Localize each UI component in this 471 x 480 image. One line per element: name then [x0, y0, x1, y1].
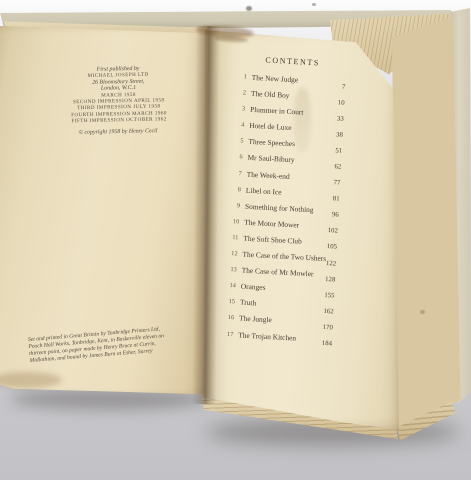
contents-entry-number: 8	[229, 185, 241, 193]
speck	[312, 3, 316, 6]
contents-entry-title: Mr Saul-Bibury	[247, 153, 294, 164]
contents-list: 1 The New Judge 7 2 The Old Boy 10 3 Plu…	[221, 72, 349, 351]
contents-entry-number: 2	[234, 89, 246, 97]
contents-entry-number: 11	[226, 234, 238, 242]
contents-entry-title: Three Speeches	[248, 137, 295, 148]
contents-entry-number: 7	[230, 169, 242, 177]
contents-entry-number: 4	[232, 121, 244, 129]
contents-entry-number: 3	[233, 105, 245, 113]
contents-block: CONTENTS 1 The New Judge 7 2 The Old Boy…	[221, 54, 350, 351]
contents-entry-page: 77	[333, 179, 340, 186]
contents-entry-title: Oranges	[241, 282, 266, 292]
contents-entry-title: The New Judge	[252, 73, 299, 84]
contents-entry-title: The Trojan Kitchen	[238, 330, 296, 342]
contents-entry-title: Truth	[240, 298, 257, 308]
contents-entry-number: 12	[225, 250, 237, 258]
contents-entry-number: 1	[235, 73, 247, 81]
contents-entry-number: 17	[221, 330, 233, 338]
contents-entry-page: 96	[332, 211, 339, 218]
contents-entry-title: The Week-end	[247, 169, 290, 180]
contents-entry-number: 15	[223, 298, 235, 306]
contents-entry-page: 51	[335, 147, 342, 154]
contents-entry-title: Libel on Ice	[246, 185, 282, 196]
speck	[420, 310, 425, 314]
contents-entry-page: 105	[327, 243, 338, 251]
contents-entry-page: 162	[323, 308, 334, 316]
contents-entry-title: The Motor Mower	[244, 218, 299, 230]
contents-entry-page: 33	[337, 115, 344, 122]
contents-entry-title: Hotel de Luxe	[249, 121, 292, 132]
contents-entry-number: 13	[225, 266, 237, 274]
contents-entry-page: 81	[333, 195, 340, 202]
contents-entry-page: 102	[327, 227, 338, 235]
contents-entry-title: The Jungle	[239, 314, 272, 325]
contents-entry-number: 10	[227, 218, 239, 226]
book-photograph: { "photo": { "background_color": "#c8c8c…	[0, 0, 471, 480]
contents-entry-number: 9	[228, 202, 240, 210]
contents-entry-page: 7	[342, 83, 346, 90]
publication-info-block: First published by MICHAEL JOSEPH LTD 26…	[36, 65, 201, 126]
speck	[246, 6, 252, 11]
contents-entry-number: 16	[222, 314, 234, 322]
contents-entry-page: 122	[326, 260, 337, 268]
contents-entry-title: The Old Boy	[251, 89, 290, 100]
contents-entry-page: 38	[336, 131, 343, 138]
contents-entry-page: 155	[324, 292, 335, 300]
contents-entry-number: 5	[231, 137, 243, 145]
contents-entry-page: 170	[322, 324, 333, 332]
contents-entry-page: 62	[334, 163, 341, 170]
contents-entry-page: 184	[322, 340, 333, 348]
contents-entry-title: The Soft Shoe Club	[243, 234, 302, 246]
contents-entry-page: 128	[325, 276, 336, 284]
contents-entry-title: Plummer in Court	[250, 105, 304, 117]
contents-entry-number: 14	[224, 282, 236, 290]
contents-entry-page: 10	[338, 99, 345, 106]
contents-entry-number: 6	[230, 153, 242, 161]
